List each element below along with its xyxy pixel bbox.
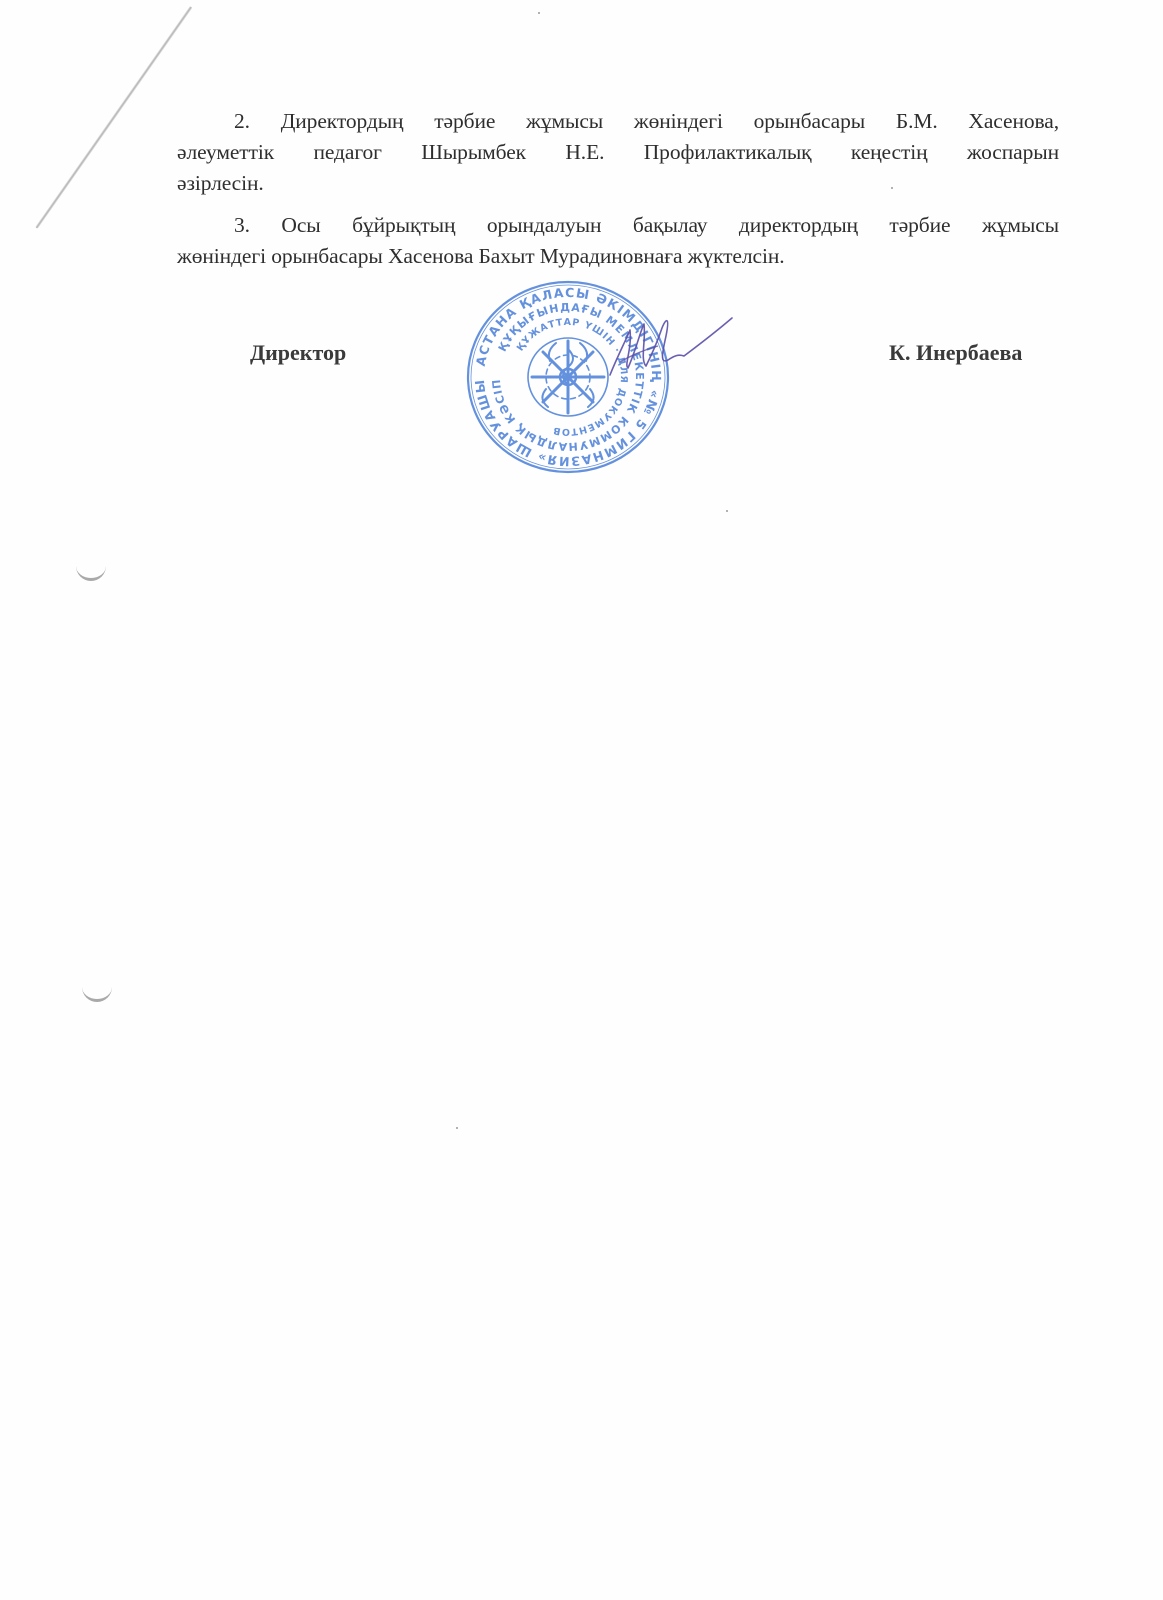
paragraph-item-3: 3. Осы бұйрықтың орындалуын бақылау дире… <box>177 210 1059 272</box>
punch-hole-mark <box>76 564 106 581</box>
paragraph-item-2: 2. Директордың тәрбие жұмысы жөніндегі о… <box>177 106 1059 199</box>
paper-speck <box>891 187 893 189</box>
text-line: әлеуметтік педагог Шырымбек Н.Е. Профила… <box>177 137 1059 168</box>
signatory-name: К. Инербаева <box>889 340 1022 366</box>
document-page: 2. Директордың тәрбие жұмысы жөніндегі о… <box>0 0 1163 1600</box>
paper-speck <box>726 510 728 512</box>
paper-crease <box>35 6 192 229</box>
text-line: әзірлесін. <box>177 168 1059 199</box>
text-line: жөніндегі орынбасары Хасенова Бахыт Мура… <box>177 241 1059 272</box>
punch-hole-mark <box>82 985 112 1002</box>
text-line: 2. Директордың тәрбие жұмысы жөніндегі о… <box>177 106 1059 137</box>
signatory-title: Директор <box>250 340 346 366</box>
paper-speck <box>538 12 540 14</box>
text-line: 3. Осы бұйрықтың орындалуын бақылау дире… <box>177 210 1059 241</box>
signature-mark-icon <box>600 310 735 380</box>
paper-speck <box>456 1127 458 1129</box>
